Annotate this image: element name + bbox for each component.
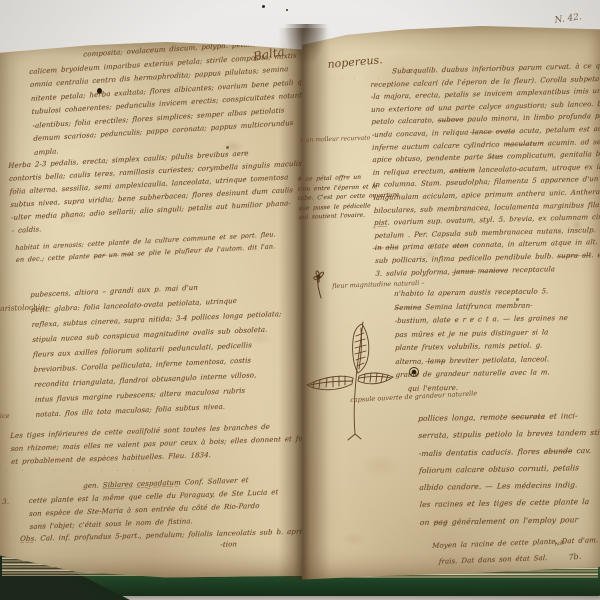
- ink-speck: [286, 9, 288, 11]
- paragraph-aristolochia-description: pubescens, altiora – grandi aux p. mai d…: [30, 276, 302, 423]
- text-line: -tion: [220, 538, 299, 551]
- paragraph-closing-note: Moyen la racine de cette plante. Dat d'a…: [432, 531, 600, 570]
- note-7b: 7b.: [568, 552, 582, 562]
- paragraph-tiges-note: Les tiges inférieures de cette ovalifoli…: [10, 420, 299, 469]
- paragraph-pollices-description: pollices longa, remote s̶e̶c̶u̶r̶a̶t̶a̶ …: [418, 406, 600, 531]
- paper-stain: [340, 532, 366, 546]
- margin-label-ice: ice: [0, 412, 10, 420]
- paragraph-semina-note: n'habito la aperam austis receptaculo 5.…: [394, 284, 600, 396]
- paragraph-siblarea-note: gen. S̲i̲b̲l̲a̲r̲e̲a̲ c̲e̲s̲p̲a̲d̲a̲t̲u̲…: [28, 473, 300, 534]
- ink-speck: [262, 5, 265, 8]
- paragraph-herba-description: Herba 2-3 pedalis, erecta; simplex cauli…: [8, 145, 302, 238]
- text-line: on p̶a̶g̶ généralement on l'employ pour: [419, 510, 600, 531]
- paragraph-species-description-1: composita; ovalaceum discum, polyph. pet…: [28, 42, 302, 160]
- page-number: N. 42.: [554, 12, 582, 26]
- margin-number-3: 3.: [2, 497, 9, 506]
- manuscript-page-left: composita; ovalaceum discum, polyph. pet…: [0, 42, 302, 578]
- paragraph-corolla-description: Subæqualib. duabus inferioribus parum cu…: [370, 59, 600, 280]
- paper-stain: [360, 454, 400, 478]
- dotted-divider: · · · · · · · · · ·: [6, 468, 156, 475]
- photo-open-manuscript-book: { "scene": { "description": "Photograph …: [0, 0, 600, 600]
- manuscript-page-right: Subæqualib. duabus inferioribus parum cu…: [302, 26, 600, 580]
